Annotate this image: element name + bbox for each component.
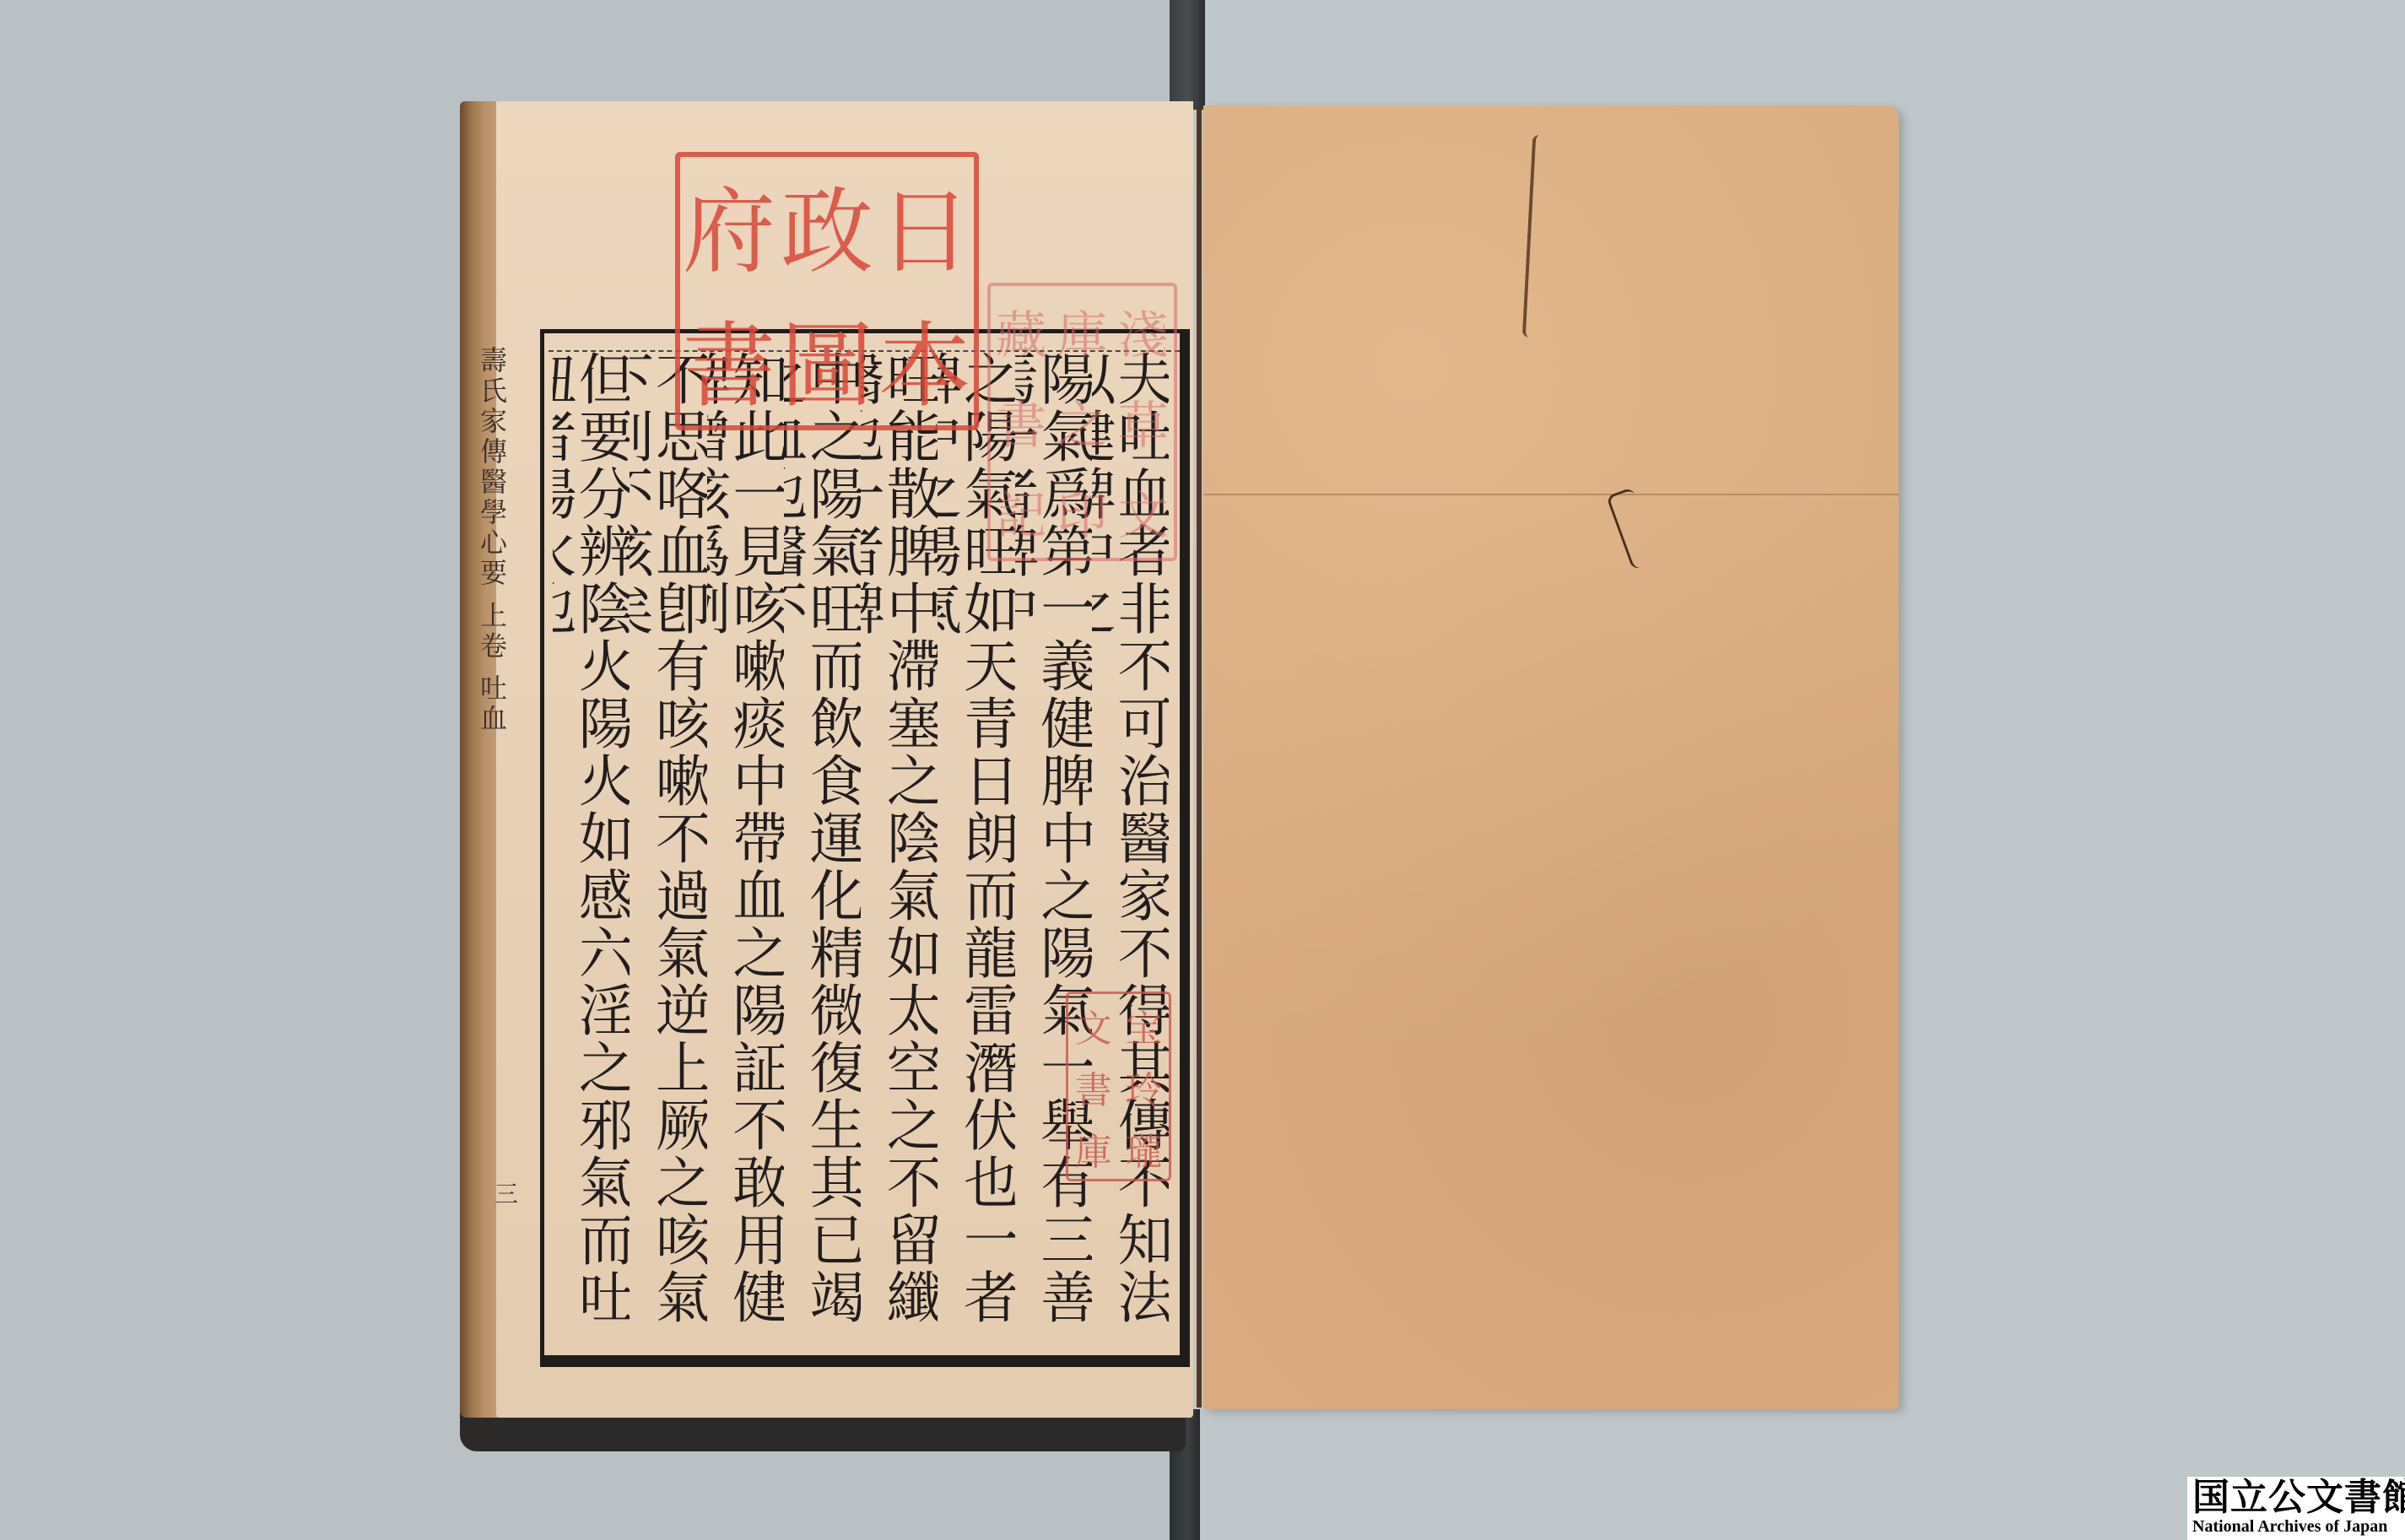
seal-char: 庫 [1051,295,1112,368]
seal-char: 庫 [1068,1121,1119,1175]
text-column: 旺能散脾中滯塞之陰氣如太空之不留纖翳也一者脾 [861,350,938,1337]
seal-char: 書 [680,292,778,425]
right-page-blank [1203,105,1899,1409]
seal-char: 印 [1051,476,1112,548]
seal-char: 瓏 [1119,1121,1170,1175]
seal-char: 政 [778,158,876,291]
seal-char: 宝 [1119,998,1170,1052]
seal-char: 日 [876,158,974,291]
seal-char: 本 [876,292,974,425]
text-column: 但要分辨陰火陽火如感六淫之邪氣而吐衄者陽火也 [553,350,630,1337]
seal-char: 之 [1051,386,1112,458]
seal-char: 文 [1113,476,1174,548]
watermark-japanese: 国立公文書館 [2192,1478,2400,1517]
seal-char: 圖 [778,292,876,425]
text-column: 不思咯血卽有咳嗽不過氣逆上厥之咳氣下則不咳矣 [630,350,706,1337]
seal-char: 草 [1113,386,1174,458]
watermark-english: National Archives of Japan [2192,1517,2400,1536]
red-seal-small: 文 宝 書 玲 庫 瓏 [1066,992,1171,1181]
seal-char: 玲 [1119,1060,1170,1114]
margin-page-number: 三 [488,1181,522,1205]
archive-watermark: 国立公文書館 National Archives of Japan [2187,1477,2405,1540]
seal-char: 府 [680,158,778,291]
seal-char: 文 [1068,998,1119,1052]
binding-strip-top [1170,0,1205,110]
seal-char: 記 [991,476,1051,548]
red-seal-large: 府 政 日 書 圖 本 [675,152,979,430]
seal-char: 書 [1068,1060,1119,1114]
paper-fold-line [1203,494,1899,495]
text-column: 知此一見咳嗽痰中帶血之陽証不敢用健脾增咳爲例 [707,350,784,1337]
seal-char: 淺 [1113,295,1174,368]
red-seal-medium: 藏 庫 淺 書 之 草 記 印 文 [987,283,1177,561]
text-column: 中之陽氣旺而飲食運化精微復生其已竭之血也醫不 [784,350,861,1337]
page-gutter [1197,108,1202,1408]
seal-char: 書 [991,386,1051,458]
seal-char: 藏 [991,295,1051,368]
margin-title: 壽氏家傳醫學心要 上卷 吐血 [473,346,511,1021]
